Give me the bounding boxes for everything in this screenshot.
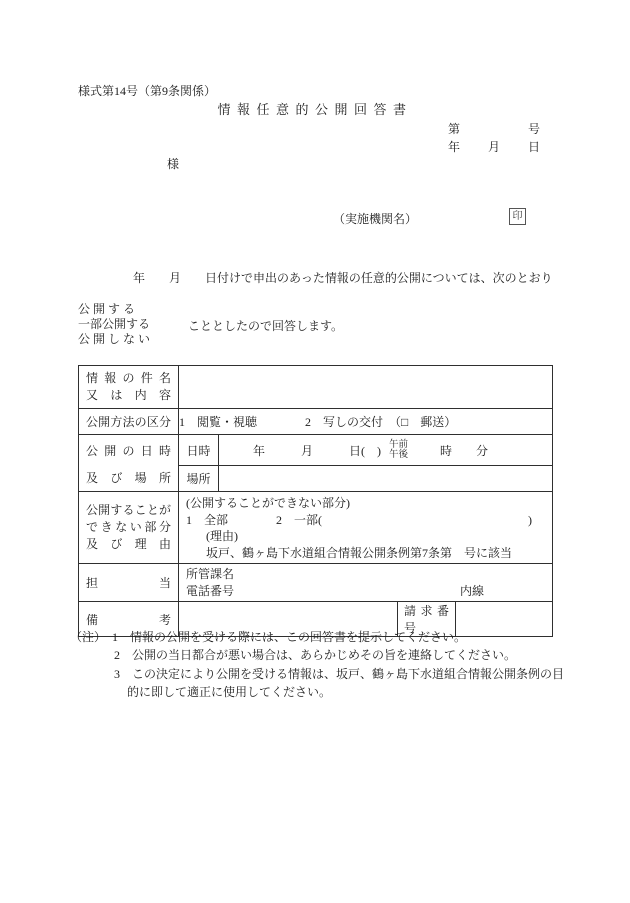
contact-label: 担当 bbox=[79, 574, 178, 591]
seal-stamp-icon: 印 bbox=[509, 208, 526, 225]
nondisclosure-label-cell: 公開することが できない部分 及び理由 bbox=[79, 492, 179, 564]
nondisclosure-label-line2: できない部分 bbox=[79, 519, 178, 536]
nondisclosure-label-line1: 公開することが bbox=[79, 502, 178, 519]
date-month-label: 月 bbox=[488, 138, 500, 155]
place-value-cell bbox=[219, 466, 553, 492]
note-line: （注） 1 情報の公開を受ける際には、この回答書を提示してください。 bbox=[70, 628, 570, 646]
issue-date-line: 年 月 日 bbox=[448, 138, 540, 155]
subject-label-line1: 情報の件名 bbox=[79, 370, 178, 387]
form-id: 様式第14号（第9条関係） bbox=[78, 82, 216, 99]
row-contact: 担当 所管課名 電話番号 内線 bbox=[79, 564, 553, 602]
nondisclosure-line3: (理由) bbox=[186, 528, 544, 545]
page-title: 情報任意的公開回答書 bbox=[0, 99, 630, 118]
option-disclose: 公 開 す る bbox=[78, 302, 150, 317]
doc-number-suffix: 号 bbox=[528, 120, 540, 137]
nondisclosure-line2-right: ) bbox=[528, 512, 532, 529]
option-no-disclose: 公 開 し な い bbox=[78, 332, 150, 347]
datetime-prefix: 年 月 日( ) bbox=[219, 442, 381, 459]
option-partial-disclose: 一部公開する bbox=[78, 317, 150, 332]
form-page: 様式第14号（第9条関係） 情報任意的公開回答書 第 号 年 月 日 様 （実施… bbox=[0, 0, 630, 903]
nondisclosure-label-line3: 及び理由 bbox=[79, 536, 178, 553]
nondisclosure-line4: 坂戸、鶴ヶ島下水道組合情報公開条例第7条第 号に該当 bbox=[186, 545, 544, 562]
contact-phone-label: 電話番号 bbox=[186, 583, 234, 600]
decision-tail-text: こととしたので回答します。 bbox=[188, 317, 343, 334]
subject-label-line2: 又は内容 bbox=[79, 387, 178, 404]
intro-text: 年 月 日付けで申出のあった情報の任意的公開については、次のとおり bbox=[133, 269, 553, 286]
datetime-value-cell: 年 月 日( ) 午前 午後 時 分 bbox=[219, 435, 553, 466]
method-label-cell: 公開方法の区分 bbox=[79, 409, 179, 435]
subject-label-cell: 情報の件名 又は内容 bbox=[79, 366, 179, 409]
ampm-pm-label: 午後 bbox=[389, 450, 408, 461]
contact-dept-label: 所管課名 bbox=[186, 566, 544, 583]
info-table: 情報の件名 又は内容 公開方法の区分 1 閲覧・視聴 2 写しの交付 （□ 郵送… bbox=[78, 365, 553, 637]
datetime-place-label-cell: 公開の日時 及び場所 bbox=[79, 435, 179, 492]
datetime-sublabel-cell: 日時 bbox=[179, 435, 219, 466]
datetime-place-label-line2: 及び場所 bbox=[79, 466, 178, 490]
place-sublabel-cell: 場所 bbox=[179, 466, 219, 492]
nondisclosure-line2: 1 全部 2 一部( ) bbox=[186, 512, 544, 529]
nondisclosure-line2-left: 1 全部 2 一部( bbox=[186, 512, 322, 529]
contact-label-cell: 担当 bbox=[79, 564, 179, 602]
doc-number-prefix: 第 bbox=[448, 120, 460, 137]
note-line: 的に即して適正に使用してください。 bbox=[70, 683, 570, 701]
contact-value-cell: 所管課名 電話番号 内線 bbox=[179, 564, 553, 602]
ampm-am-label: 午前 bbox=[389, 440, 408, 451]
doc-number-line: 第 号 bbox=[448, 120, 540, 137]
row-nondisclosure: 公開することが できない部分 及び理由 (公開することができない部分) 1 全部… bbox=[79, 492, 553, 564]
note-line: 2 公開の当日都合が悪い場合は、あらかじめその旨を連絡してください。 bbox=[70, 646, 570, 664]
footnotes: （注） 1 情報の公開を受ける際には、この回答書を提示してください。 2 公開の… bbox=[70, 628, 570, 702]
nondisclosure-line1: (公開することができない部分) bbox=[186, 495, 544, 512]
date-year-label: 年 bbox=[448, 138, 460, 155]
issuer-label: （実施機関名） bbox=[333, 210, 417, 227]
disclosure-options: 公 開 す る 一部公開する 公 開 し な い bbox=[78, 302, 150, 348]
subject-value-cell bbox=[179, 366, 553, 409]
contact-ext-label: 内線 bbox=[460, 583, 484, 600]
row-method: 公開方法の区分 1 閲覧・視聴 2 写しの交付 （□ 郵送） bbox=[79, 409, 553, 435]
row-subject: 情報の件名 又は内容 bbox=[79, 366, 553, 409]
method-value-cell: 1 閲覧・視聴 2 写しの交付 （□ 郵送） bbox=[179, 409, 553, 435]
row-datetime: 公開の日時 及び場所 日時 年 月 日( ) 午前 午後 時 分 bbox=[79, 435, 553, 466]
remarks-label: 備考 bbox=[79, 611, 178, 628]
date-day-label: 日 bbox=[528, 138, 540, 155]
method-label: 公開方法の区分 bbox=[79, 413, 178, 430]
datetime-place-label-line1: 公開の日時 bbox=[79, 437, 178, 466]
note-line: 3 この決定により公開を受ける情報は、坂戸、鶴ヶ島下水道組合情報公開条例の目 bbox=[70, 665, 570, 683]
datetime-suffix: 時 分 bbox=[440, 442, 488, 459]
ampm-stack: 午前 午後 bbox=[389, 440, 408, 461]
nondisclosure-value-cell: (公開することができない部分) 1 全部 2 一部( ) (理由) 坂戸、鶴ヶ島… bbox=[179, 492, 553, 564]
addressee-suffix: 様 bbox=[167, 155, 179, 172]
